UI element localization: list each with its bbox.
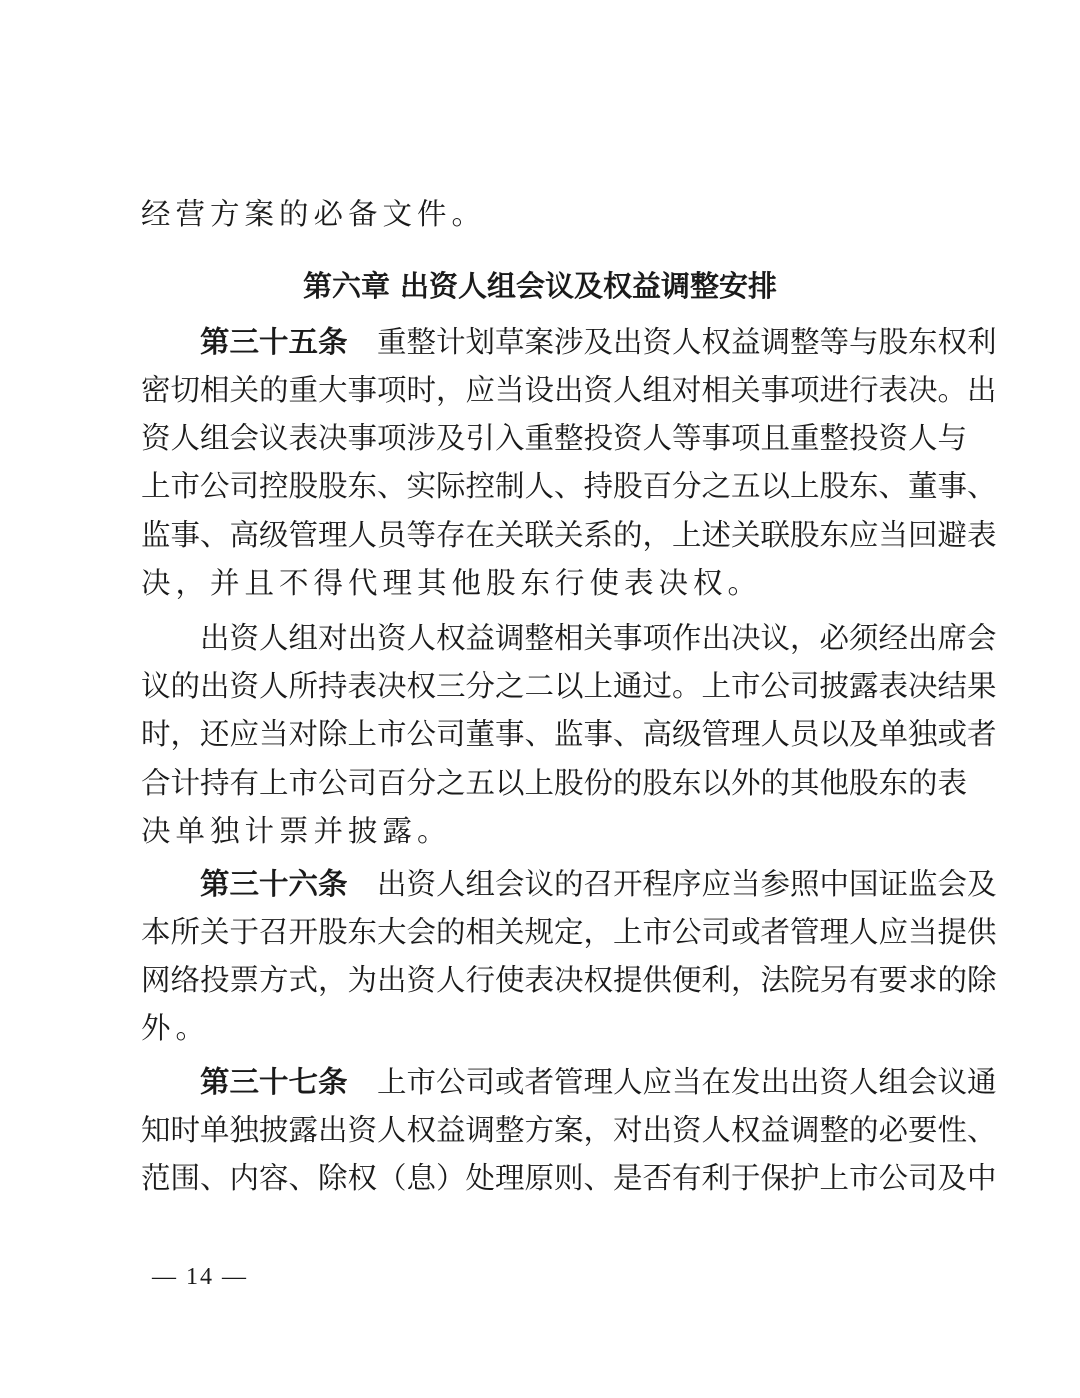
article-37-line: 知时单独披露出资人权益调整方案，对出资人权益调整的必要性、: [141, 1110, 951, 1150]
article-35-first-line: 第三十五条 重整计划草案涉及出资人权益调整等与股东权利: [200, 322, 951, 362]
article-37-line: 范围、内容、除权（息）处理原则、是否有利于保护上市公司及中: [141, 1158, 951, 1198]
article-35-line: 监事、高级管理人员等存在关联关系的，上述关联股东应当回避表: [141, 515, 951, 555]
article-36-line: 外。: [141, 1008, 951, 1048]
article-35-paragraph-2-line: 议的出资人所持表决权三分之二以上通过。上市公司披露表决结果: [141, 666, 951, 706]
article-35-paragraph-2-first-line: 出资人组对出资人权益调整相关事项作出决议，必须经出席会: [200, 618, 951, 658]
article-35-paragraph-2-line: 合计持有上市公司百分之五以上股份的股东以外的其他股东的表: [141, 763, 951, 803]
article-35-line: 资人组会议表决事项涉及引入重整投资人等事项且重整投资人与: [141, 418, 951, 458]
article-37-first-line: 第三十七条 上市公司或者管理人应当在发出出资人组会议通: [200, 1062, 951, 1102]
article-35-first-text: 重整计划草案涉及出资人权益调整等与股东权利: [377, 325, 997, 359]
article-35-paragraph-2-line: 时，还应当对除上市公司董事、监事、高级管理人员以及单独或者: [141, 714, 951, 754]
article-35-label: 第三十五条: [200, 325, 348, 359]
article-37-label: 第三十七条: [200, 1065, 348, 1099]
article-36-first-line: 第三十六条 出资人组会议的召开程序应当参照中国证监会及: [200, 864, 951, 904]
article-37-first-text: 上市公司或者管理人应当在发出出资人组会议通: [377, 1065, 997, 1099]
document-page: 经营方案的必备文件。 第六章 出资人组会议及权益调整安排 第三十五条 重整计划草…: [0, 0, 1080, 1398]
article-36-first-text: 出资人组会议的召开程序应当参照中国证监会及: [377, 867, 997, 901]
article-36-label: 第三十六条: [200, 867, 348, 901]
article-35-line: 决，并且不得代理其他股东行使表决权。: [141, 563, 951, 603]
article-35-line: 密切相关的重大事项时，应当设出资人组对相关事项进行表决。出: [141, 370, 951, 410]
article-35-paragraph-2-line: 决单独计票并披露。: [141, 811, 951, 851]
article-36-line: 网络投票方式，为出资人行使表决权提供便利，法院另有要求的除: [141, 960, 951, 1000]
paragraph-continuation-line: 经营方案的必备文件。: [141, 194, 951, 234]
article-36-line: 本所关于召开股东大会的相关规定，上市公司或者管理人应当提供: [141, 912, 951, 952]
page-number: — 14 —: [152, 1262, 248, 1292]
chapter-heading: 第六章 出资人组会议及权益调整安排: [0, 266, 1080, 306]
article-35-line: 上市公司控股股东、实际控制人、持股百分之五以上股东、董事、: [141, 466, 951, 506]
